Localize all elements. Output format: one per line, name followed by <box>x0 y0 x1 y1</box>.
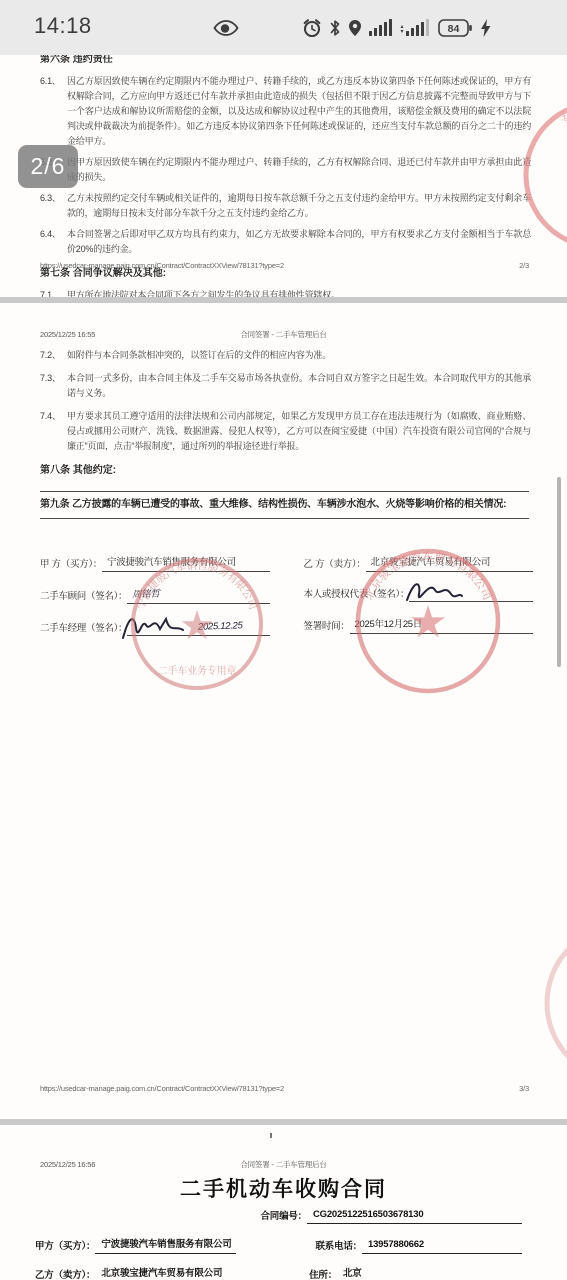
charging-bolt-icon <box>480 19 491 37</box>
advisor-label: 二手车顾问（签名）： <box>40 589 127 604</box>
clock-time: 14:18 <box>34 13 92 39</box>
clause-7-3: 7.3、 本合同一式多份，由本合同主体及二手车交易市场各执壹份。本合同自双方签字… <box>40 371 531 401</box>
party-b-value: 北京骏宝捷汽车贸易有限公司 <box>95 1266 226 1280</box>
address-value: 北京 <box>337 1266 522 1280</box>
red-seal-arc-faint <box>540 918 567 1088</box>
signature-block: 甲 方（买方）： 宁波捷骏汽车销售服务有限公司 二手车顾问（签名）： 周铭哲 二… <box>0 555 567 636</box>
location-pin-icon <box>348 19 362 37</box>
battery-icon: 84 <box>438 18 473 38</box>
clause-6-1: 6.1、 因乙方原因致使车辆在约定期限内不能办理过户、转籍手续的，或乙方违反本协… <box>40 74 531 149</box>
party-a-row: 甲 方（买方）： 宁波捷骏汽车销售服务有限公司 <box>40 555 270 572</box>
party-a-label: 甲方（买方）： <box>35 1239 95 1254</box>
print-title: 合同签署 - 二手车管理后台 <box>0 1157 567 1172</box>
contract-no-row: 合同编号： CG2025122516503678130 <box>0 1207 567 1224</box>
party-a-value: 宁波捷骏汽车销售服务有限公司 <box>102 555 270 572</box>
party-b-row: 乙方（卖方）： 北京骏宝捷汽车贸易有限公司 住所： 北京 <box>0 1266 567 1280</box>
party-a-label: 甲 方（买方）： <box>40 557 102 572</box>
manager-label: 二手车经理（签名）： <box>40 621 127 636</box>
scrollbar-thumb[interactable] <box>557 477 561 667</box>
print-title: 合同签署 - 二手车管理后台 <box>0 327 567 342</box>
address-label: 住所： <box>309 1268 337 1280</box>
party-b-label: 乙 方（卖方）： <box>304 557 366 572</box>
sign-date-row: 签署时间： 2025年12月25日 <box>304 617 534 634</box>
contract-no-value: CG2025122516503678130 <box>307 1207 522 1224</box>
party-b-row: 乙 方（卖方）： 北京骏宝捷汽车贸易有限公司 <box>304 555 534 572</box>
rep-signature-scribble <box>401 576 465 610</box>
sign-date-label: 签署时间： <box>304 619 350 634</box>
divider-line <box>40 518 529 519</box>
contract-no-label: 合同编号： <box>260 1209 307 1224</box>
clause-6-4: 6.4、 本合同签署之后即对甲乙双方均具有约束力，如乙方无故要求解除本合同的，甲… <box>40 227 531 257</box>
buyer-signature-column: 甲 方（买方）： 宁波捷骏汽车销售服务有限公司 二手车顾问（签名）： 周铭哲 二… <box>40 555 270 636</box>
manager-row: 二手车经理（签名）： 2025.12.25 <box>40 619 270 636</box>
clause-7-1: 7.1、 甲方所在地法院对本合同项下各方之间发生的争议具有排他性管辖权。 <box>40 288 531 297</box>
manager-signature-date: 2025.12.25 <box>198 618 243 635</box>
print-header: 2025/12/25 16:56 合同签署 - 二手车管理后台 <box>0 1157 567 1168</box>
contract-page-2: 第六条 违约责任 6.1、 因乙方原因致使车辆在约定期限内不能办理过户、转籍手续… <box>0 55 567 297</box>
print-header: 2025/12/25 16:55 合同签署 - 二手车管理后台 <box>0 327 567 338</box>
party-a-value: 宁波捷骏汽车销售服务有限公司 <box>95 1237 235 1254</box>
advisor-row: 二手车顾问（签名）： 周铭哲 <box>40 587 270 604</box>
section-9-text: 第九条 乙方披露的车辆已遭受的事故、重大维修、结构性损伤、车辆涉水泡水、火烧等影… <box>0 497 567 512</box>
document-url: https://usedcar-manage.paig.com.cn/Contr… <box>40 1081 284 1096</box>
svg-text:84: 84 <box>448 23 460 35</box>
section-6-heading: 第六条 违约责任 <box>40 55 531 67</box>
signal-sim2-icon <box>399 19 431 36</box>
advisor-signature: 周铭哲 <box>132 587 160 603</box>
rep-row: 本人或授权代表（签名）： <box>304 587 534 602</box>
document-viewer[interactable]: 第六条 违约责任 6.1、 因乙方原因致使车辆在约定期限内不能办理过户、转籍手续… <box>0 55 567 1280</box>
contract-title: 二手机动车收购合同 <box>0 1182 567 1197</box>
rep-label: 本人或授权代表（签名）： <box>304 587 410 602</box>
clause-7-2: 7.2、 如附件与本合同条款相冲突的，以签订在后的文件的相应内容为准。 <box>40 348 531 363</box>
party-b-label: 乙方（卖方）： <box>35 1268 95 1280</box>
alarm-clock-icon <box>302 18 322 38</box>
phone-value: 13957880662 <box>362 1237 522 1254</box>
visibility-eye-icon <box>213 19 239 37</box>
page-indicator-badge: 2/6 <box>18 145 78 188</box>
status-bar: 14:18 <box>0 0 567 55</box>
status-icons: 84 <box>302 0 491 55</box>
page-number: 3/3 <box>519 1081 529 1096</box>
phone-label: 联系电话： <box>315 1239 362 1254</box>
contract-page-3: 2025/12/25 16:55 合同签署 - 二手车管理后台 7.2、 如附件… <box>0 303 567 1119</box>
seller-signature-column: 乙 方（卖方）： 北京骏宝捷汽车贸易有限公司 本人或授权代表（签名）： 签署时间… <box>304 555 534 636</box>
signal-strength-icon <box>369 19 392 36</box>
contract-page-next: 2025/12/25 16:56 合同签署 - 二手车管理后台 二手机动车收购合… <box>0 1125 567 1280</box>
page-number: 2/3 <box>519 258 529 273</box>
clause-6-2: 6.2、 因甲方原因致使车辆在约定期限内不能办理过户、转籍手续的，乙方有权解除合… <box>40 155 531 185</box>
party-a-row: 甲方（买方）： 宁波捷骏汽车销售服务有限公司 联系电话： 13957880662 <box>0 1237 567 1254</box>
clause-6-3: 6.3、 乙方未按照约定交付车辆或相关证件的，逾期每日按车款总额千分之五支付违约… <box>40 191 531 221</box>
section-8-heading: 第八条 其他约定: <box>40 463 531 478</box>
bluetooth-icon <box>329 19 341 37</box>
divider-line <box>40 491 529 492</box>
clause-7-4: 7.4、 甲方要求其员工遵守适用的法律法规和公司内部规定，如果乙方发现甲方员工存… <box>40 409 531 454</box>
document-url: https://usedcar-manage.paig.com.cn/Contr… <box>40 258 284 273</box>
manager-signature-scribble <box>119 612 189 644</box>
svg-text:二手车业务专用章: 二手车业务专用章 <box>158 664 237 677</box>
party-b-value: 北京骏宝捷汽车贸易有限公司 <box>366 555 534 572</box>
stray-mark <box>270 1133 272 1138</box>
sign-date-value: 2025年12月25日 <box>350 617 533 634</box>
